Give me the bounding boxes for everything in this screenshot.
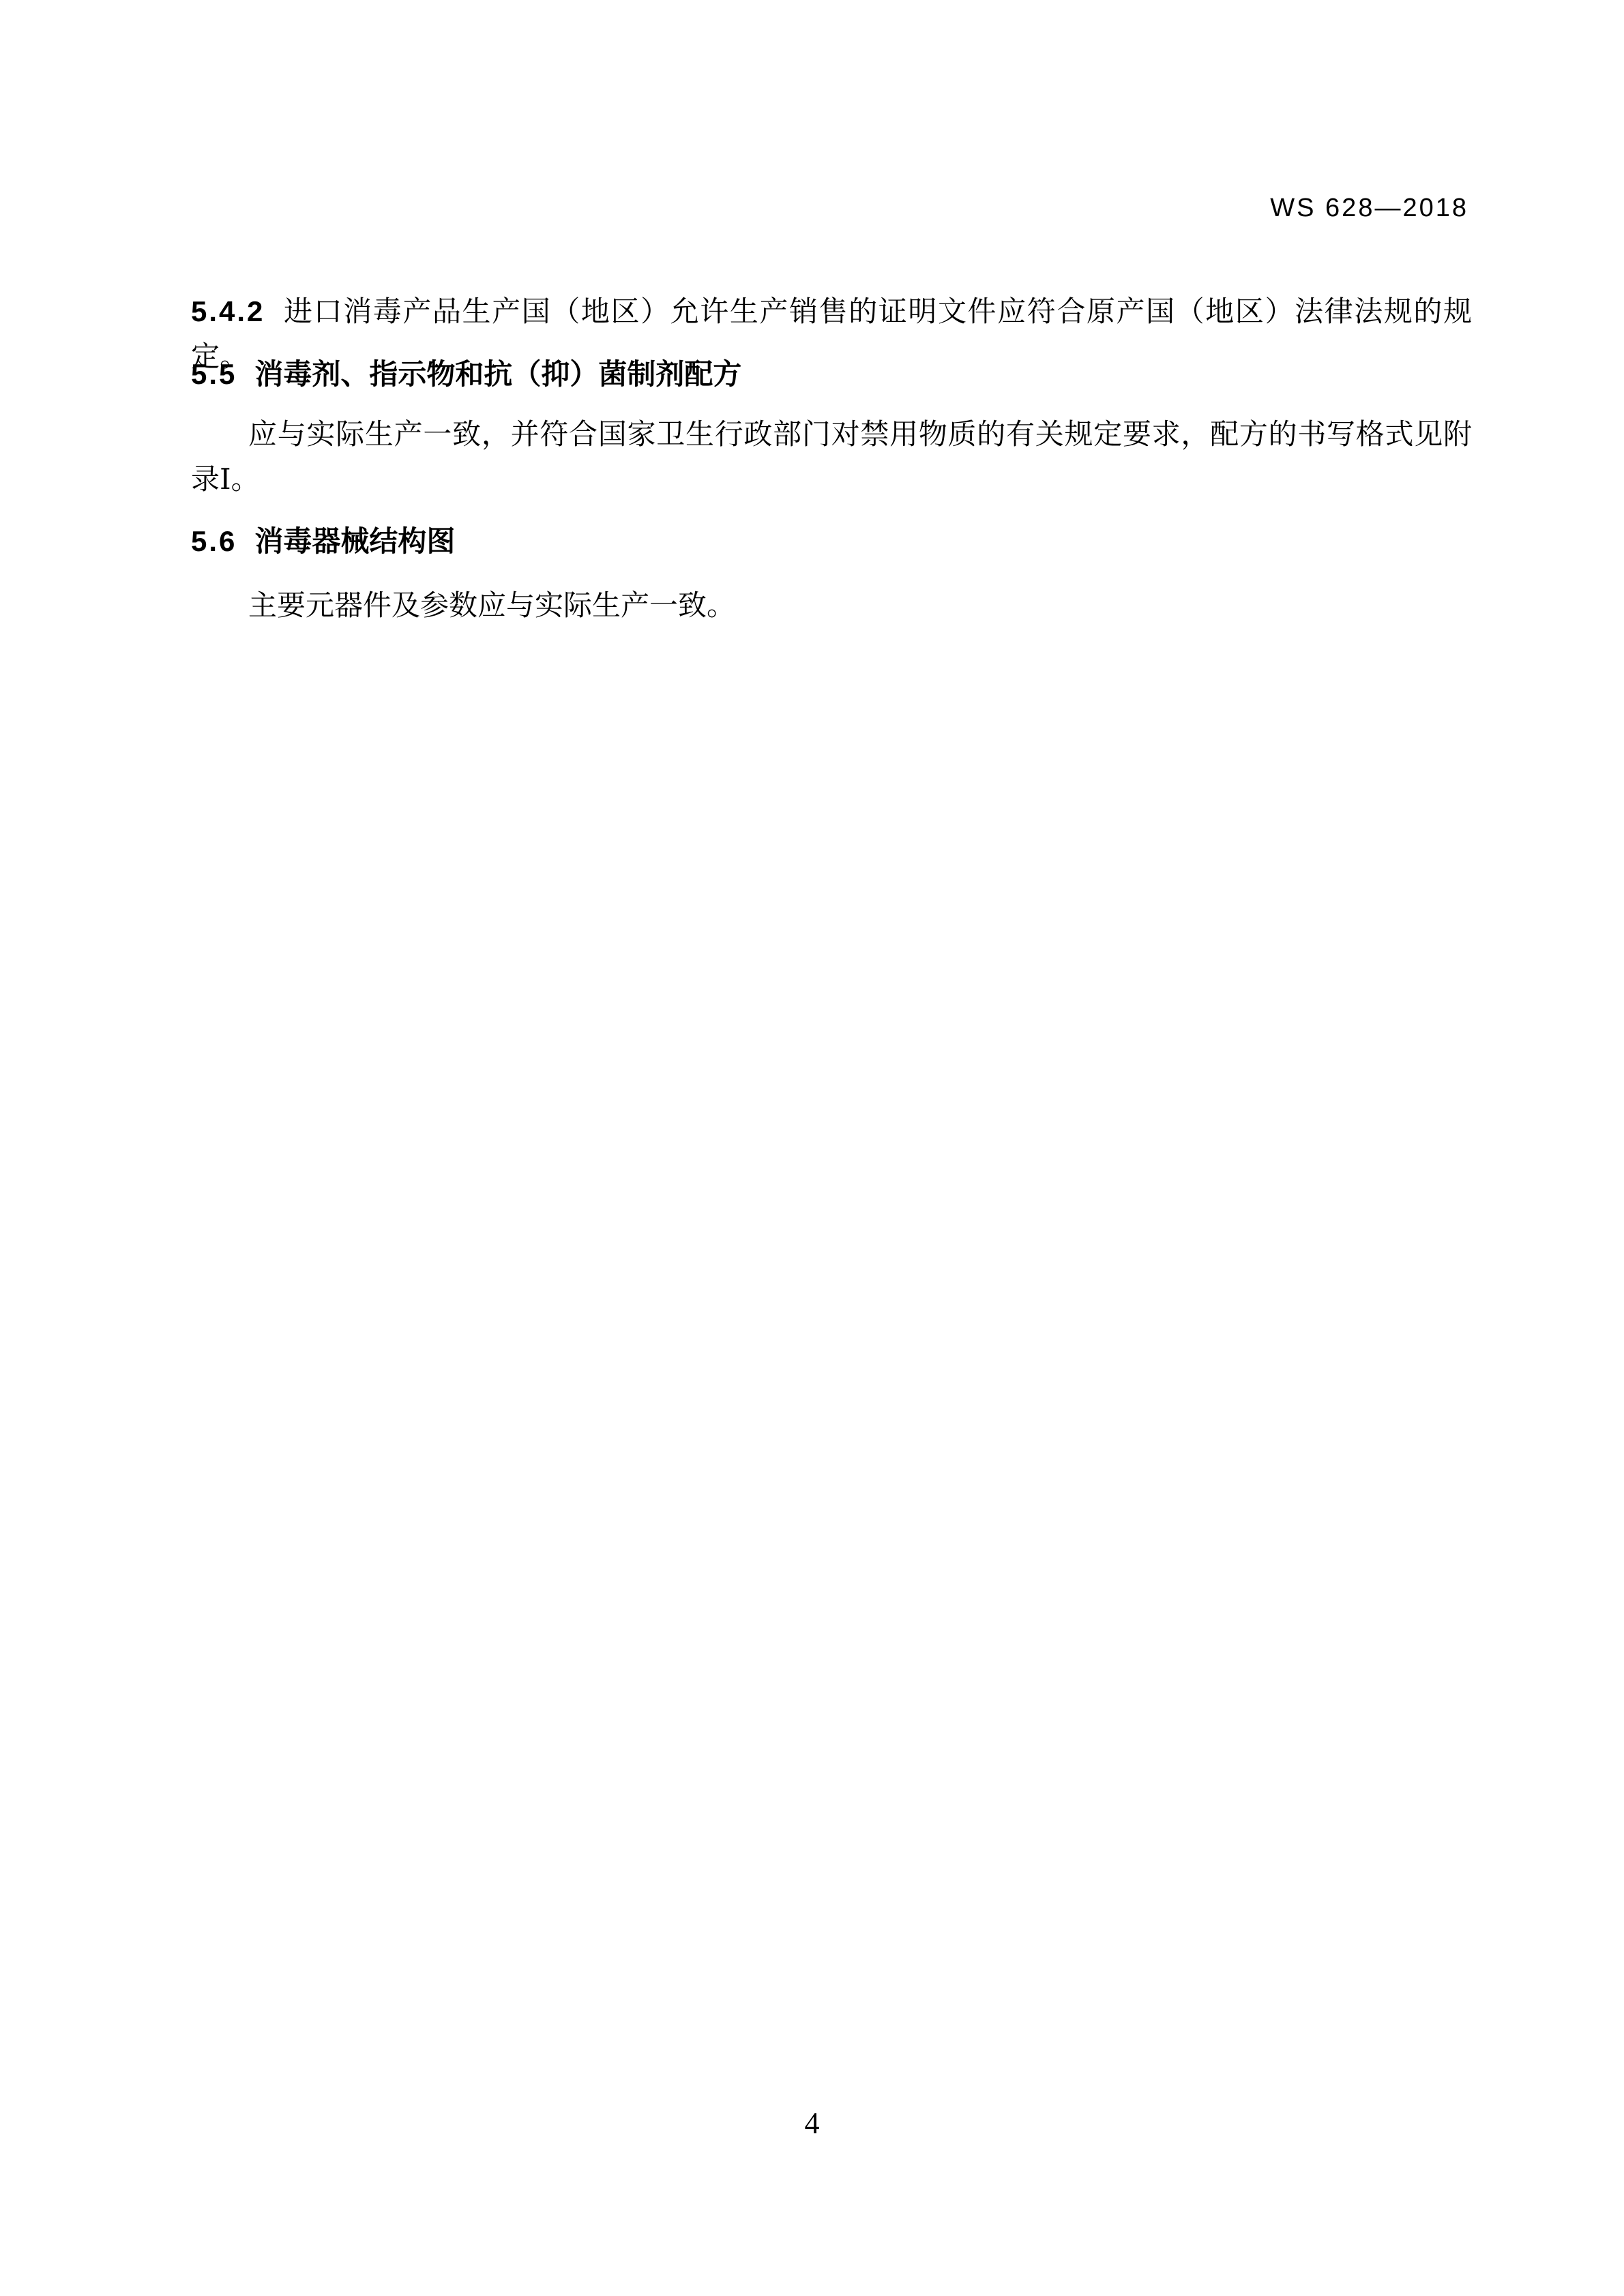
clause-5-6-heading: 5.6消毒器械结构图 (191, 519, 1472, 564)
clause-5-5-number: 5.5 (191, 358, 237, 390)
clause-5-4-2-number: 5.4.2 (191, 295, 265, 327)
clause-5-6-title: 消毒器械结构图 (254, 525, 455, 557)
clause-5-5-heading: 5.5消毒剂、指示物和抗（抑）菌制剂配方 (191, 352, 1472, 397)
clause-5-5-paragraph: 应与实际生产一致，并符合国家卫生行政部门对禁用物质的有关规定要求，配方的书写格式… (191, 413, 1472, 503)
clause-5-6-paragraph: 主要元器件及参数应与实际生产一致。 (191, 584, 1472, 629)
standard-number-header: WS 628—2018 (1270, 194, 1468, 222)
clause-5-6-number: 5.6 (191, 525, 237, 557)
document-page: WS 628—2018 5.4.2进口消毒产品生产国（地区）允许生产销售的证明文… (0, 0, 1624, 2296)
clause-5-5-title: 消毒剂、指示物和抗（抑）菌制剂配方 (254, 358, 741, 390)
page-number: 4 (0, 2106, 1624, 2141)
